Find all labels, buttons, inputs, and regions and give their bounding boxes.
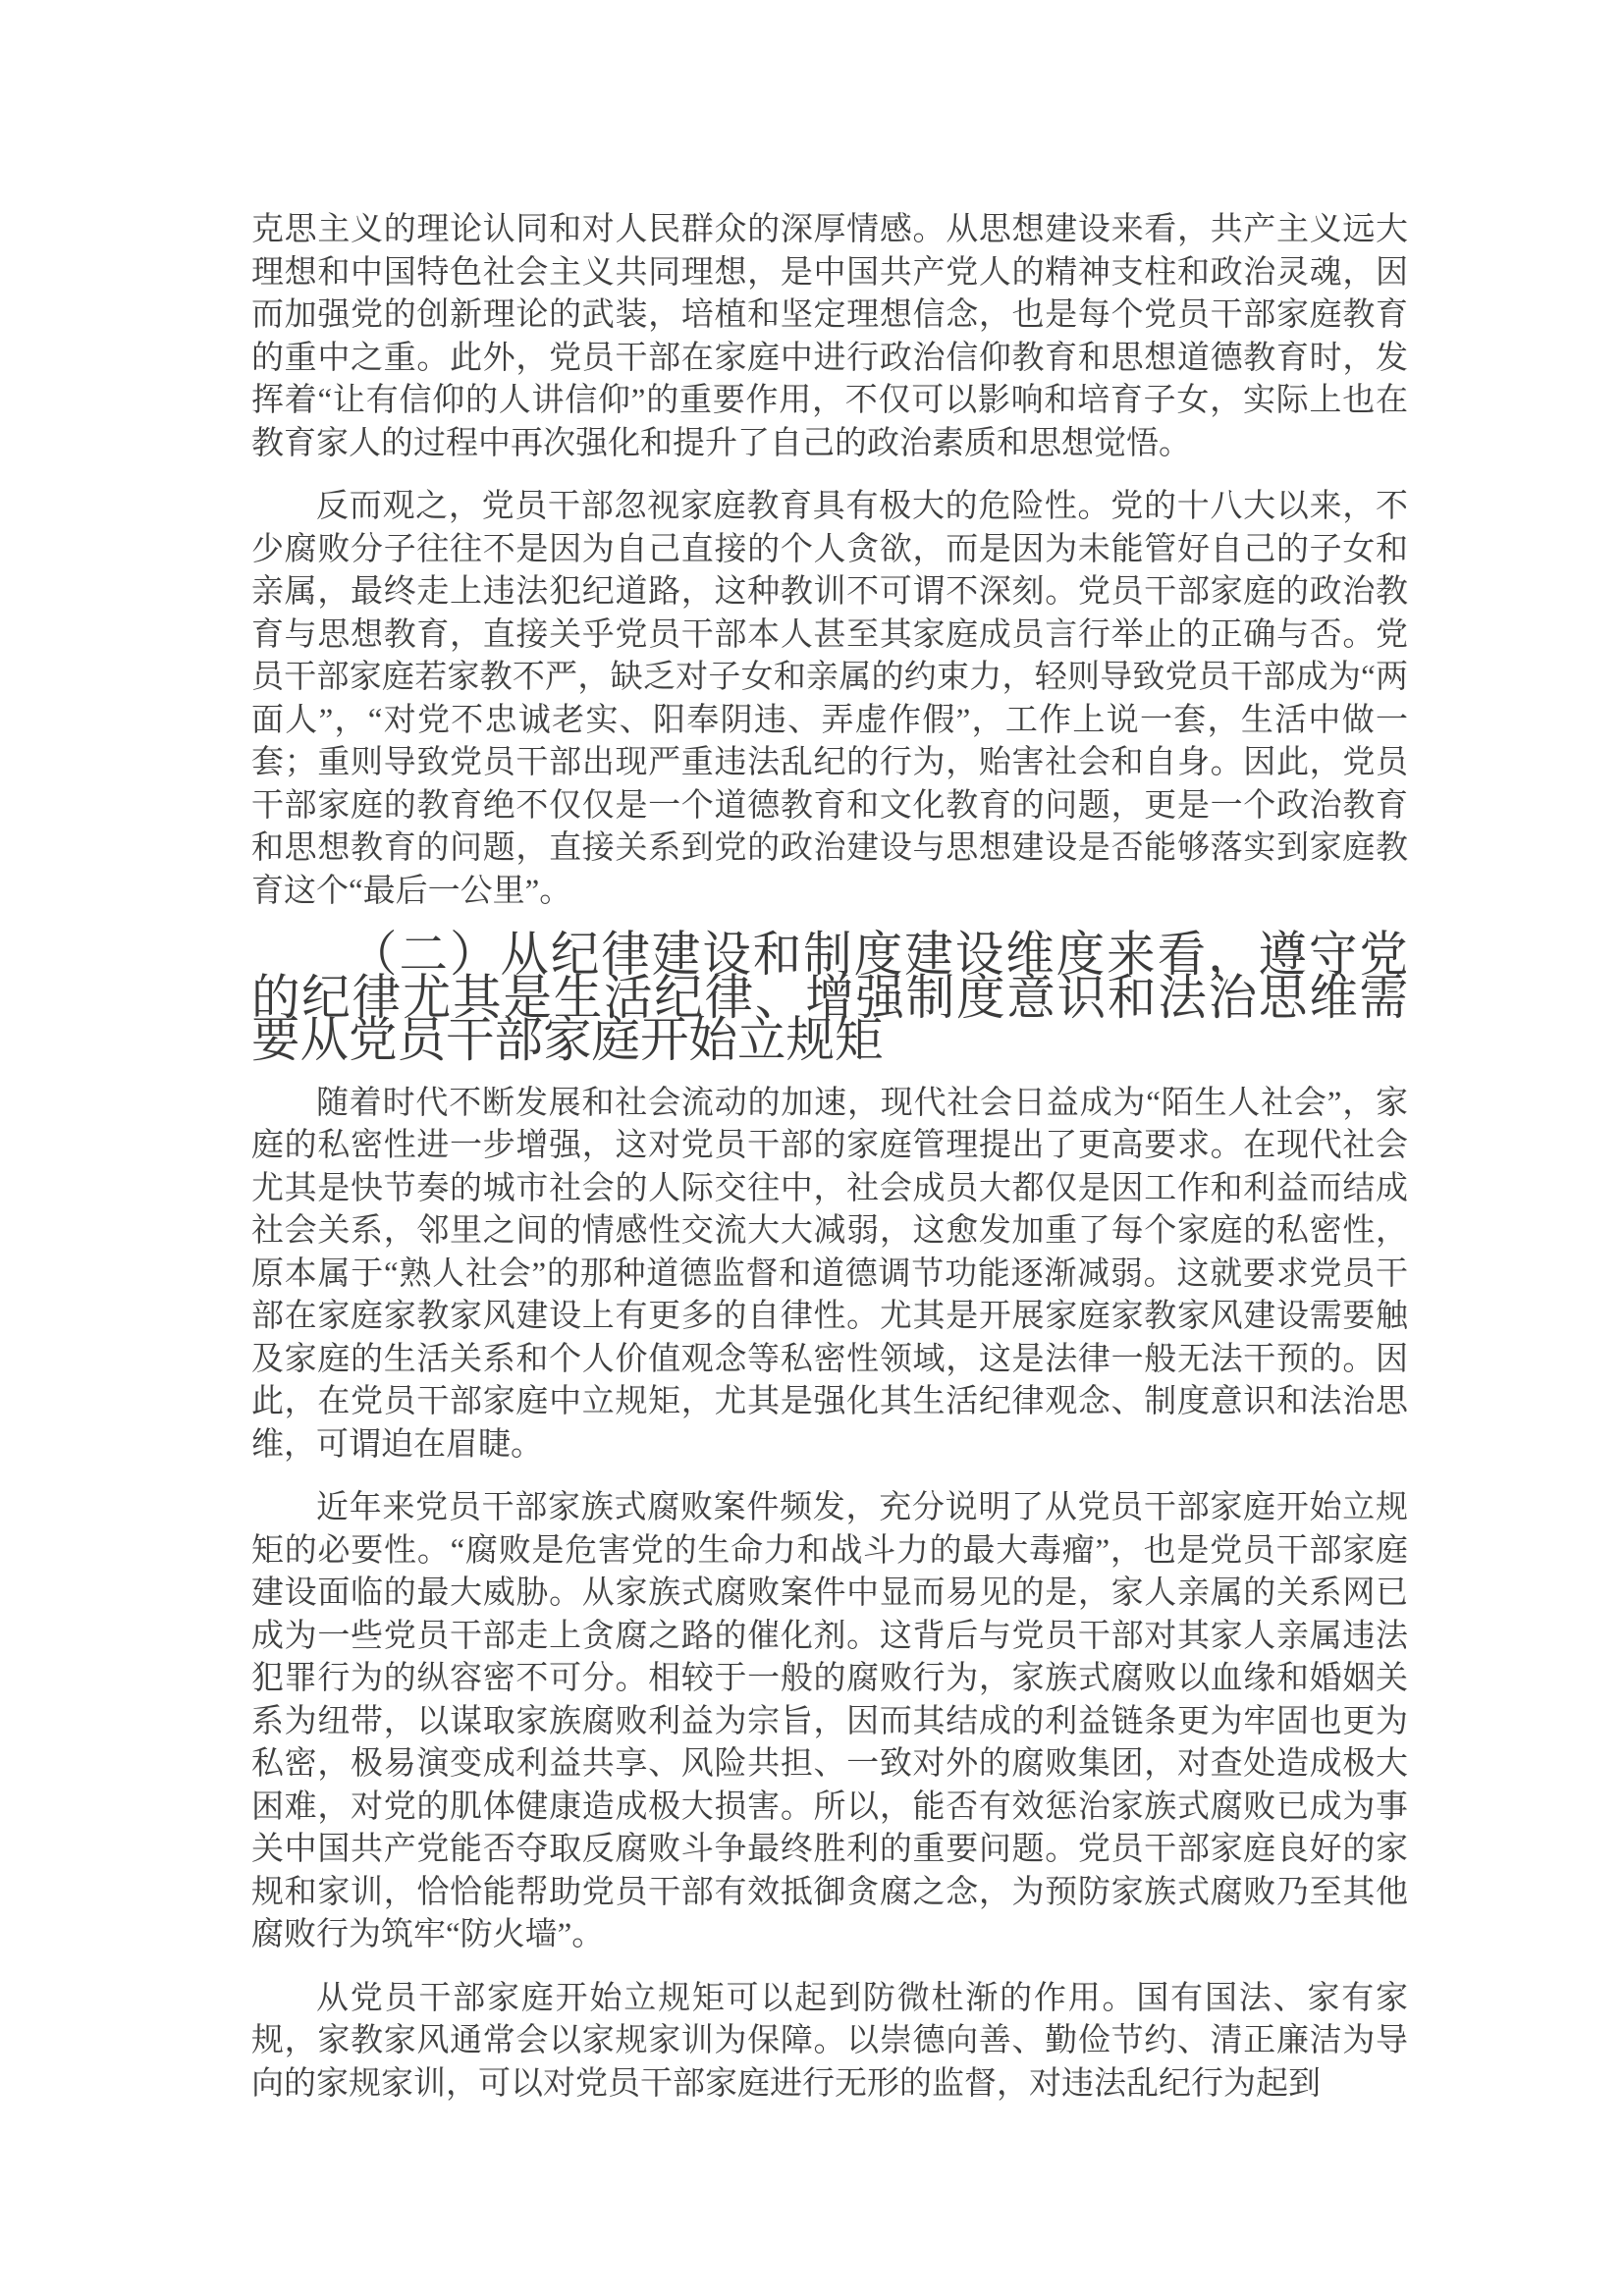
paragraph: 近年来党员干部家族式腐败案件频发，充分说明了从党员干部家庭开始立规矩的必要性。“… bbox=[251, 1487, 1408, 1957]
paragraph: 反而观之，党员干部忽视家庭教育具有极大的危险性。党的十八大以来，不少腐败分子往往… bbox=[251, 486, 1408, 913]
paragraph-continuation: 克思主义的理论认同和对人民群众的深厚情感。从思想建设来看，共产主义远大理想和中国… bbox=[251, 209, 1408, 465]
section-heading: （二）从纪律建设和制度建设维度来看，遵守党的纪律尤其是生活纪律、增强制度意识和法… bbox=[251, 934, 1408, 1062]
document-text-block: 克思主义的理论认同和对人民群众的深厚情感。从思想建设来看，共产主义远大理想和中国… bbox=[251, 209, 1408, 2126]
paragraph: 从党员干部家庭开始立规矩可以起到防微杜渐的作用。国有国法、家有家规，家教家风通常… bbox=[251, 1978, 1408, 2107]
paragraph: 随着时代不断发展和社会流动的加速，现代社会日益成为“陌生人社会”，家庭的私密性进… bbox=[251, 1083, 1408, 1468]
document-page: 克思主义的理论认同和对人民群众的深厚情感。从思想建设来看，共产主义远大理想和中国… bbox=[0, 0, 1624, 2296]
